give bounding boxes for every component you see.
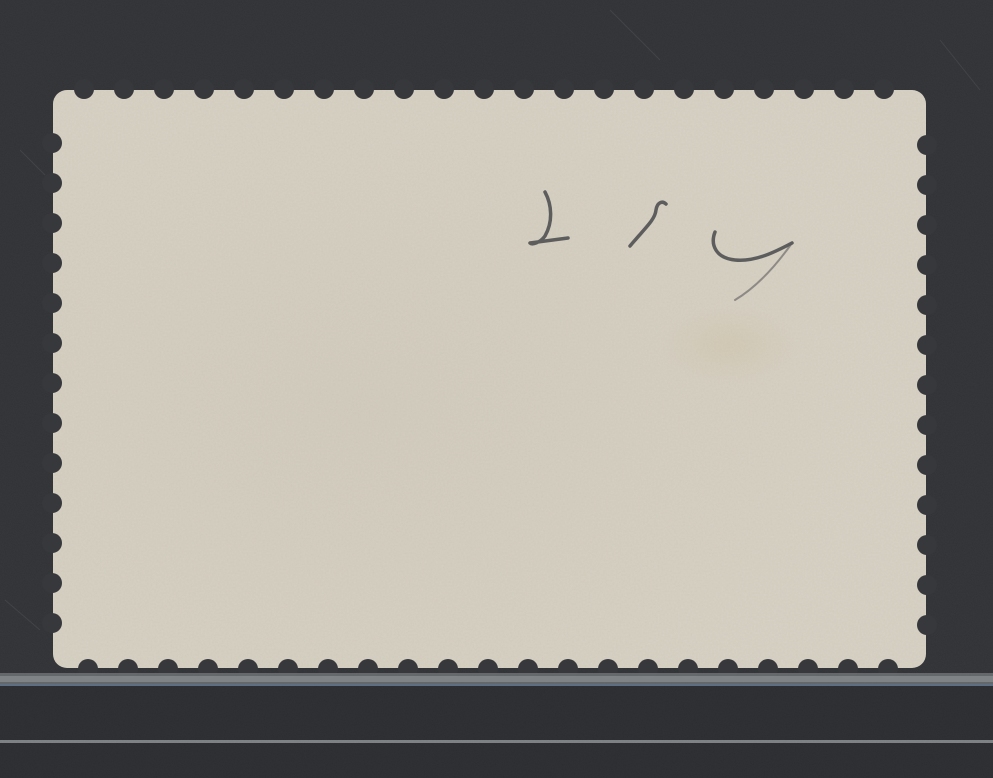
stamp-photo-scene: 2 2 4 — [0, 0, 993, 778]
perforation-hole — [834, 79, 854, 99]
perforation-hole — [917, 335, 937, 355]
perforation-hole — [917, 295, 937, 315]
stamp-back — [42, 79, 937, 679]
perforation-hole — [42, 253, 62, 273]
perforation-hole — [42, 173, 62, 193]
perforation-hole — [42, 133, 62, 153]
perforation-hole — [794, 79, 814, 99]
perforation-hole — [114, 79, 134, 99]
perforation-hole — [354, 79, 374, 99]
perforation-hole — [154, 79, 174, 99]
perforation-hole — [917, 615, 937, 635]
perforation-hole — [634, 79, 654, 99]
perforation-hole — [42, 413, 62, 433]
perforation-hole — [554, 79, 574, 99]
perforation-hole — [42, 293, 62, 313]
perforation-hole — [42, 573, 62, 593]
perforation-hole — [74, 79, 94, 99]
perforation-hole — [917, 495, 937, 515]
perforation-hole — [474, 79, 494, 99]
perforation-hole — [394, 79, 414, 99]
perforation-hole — [917, 455, 937, 475]
perforation-hole — [714, 79, 734, 99]
perforation-hole — [917, 215, 937, 235]
perforation-hole — [917, 575, 937, 595]
perforation-hole — [917, 415, 937, 435]
perforation-hole — [194, 79, 214, 99]
perforation-hole — [917, 175, 937, 195]
perforation-hole — [234, 79, 254, 99]
perforation-hole — [917, 255, 937, 275]
perforation-hole — [42, 453, 62, 473]
lower-divider-line — [0, 740, 993, 743]
perforation-hole — [434, 79, 454, 99]
perforation-hole — [42, 213, 62, 233]
perforation-hole — [314, 79, 334, 99]
perforation-hole — [42, 533, 62, 553]
perforation-hole — [874, 79, 894, 99]
perforation-hole — [42, 493, 62, 513]
perforation-hole — [42, 373, 62, 393]
perforation-hole — [917, 535, 937, 555]
stamp-photo-svg: 2 2 4 — [0, 0, 993, 778]
perforation-hole — [42, 333, 62, 353]
mount-strip — [0, 673, 993, 686]
mount-edge-line — [0, 684, 993, 686]
perforation-hole — [917, 135, 937, 155]
perforation-hole — [754, 79, 774, 99]
perforation-hole — [674, 79, 694, 99]
perforation-hole — [42, 613, 62, 633]
perforation-hole — [274, 79, 294, 99]
perforation-hole — [594, 79, 614, 99]
perforation-hole — [917, 375, 937, 395]
perforation-hole — [514, 79, 534, 99]
